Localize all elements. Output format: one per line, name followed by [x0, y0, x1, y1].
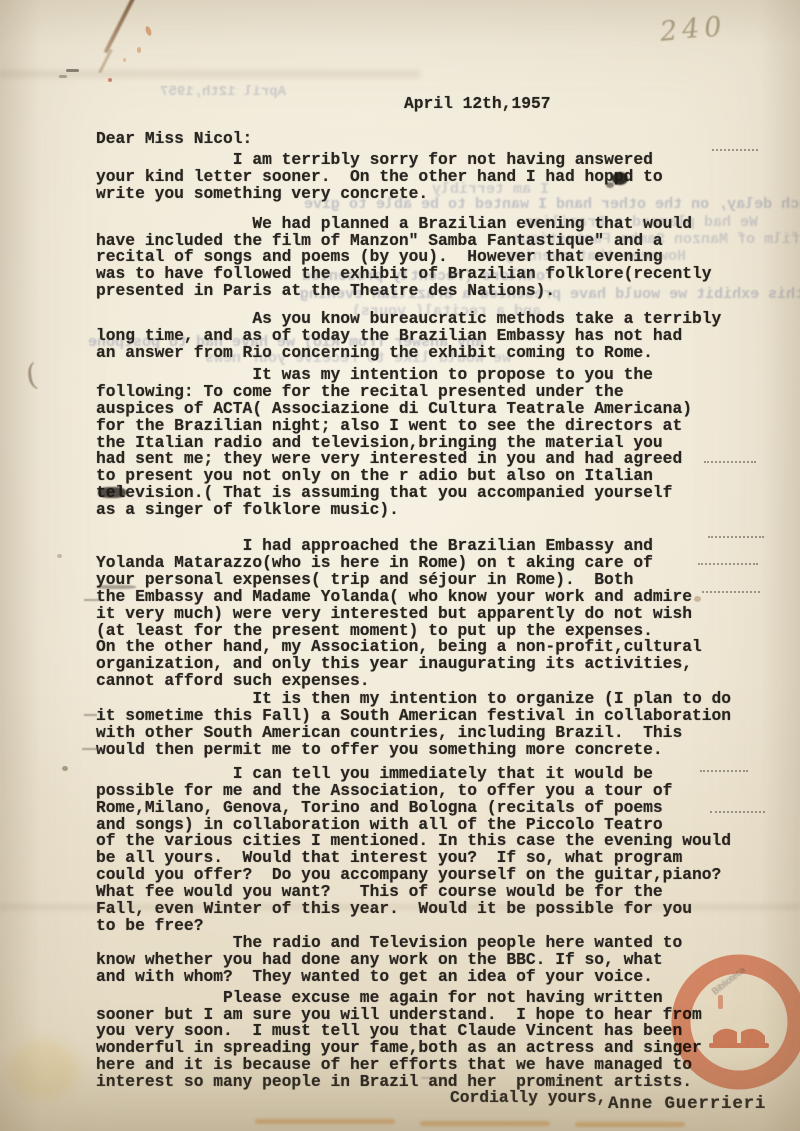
fold-crease — [0, 70, 420, 78]
margin-dots — [702, 591, 760, 593]
letter-page: April 12th,1957 I am terribly with such … — [0, 0, 800, 1131]
signature: Anne Guerrieri — [608, 1094, 766, 1114]
paragraph: As you know bureaucratic methods take a … — [96, 311, 786, 362]
smudge — [575, 1122, 685, 1127]
paragraph: It was my intention to propose to you th… — [96, 367, 786, 519]
pencil-dash — [421, 1077, 447, 1079]
stain — [62, 766, 68, 771]
stain — [108, 78, 112, 82]
margin-dots — [708, 536, 764, 538]
paragraph: I had approached the Brazilian Embassy a… — [96, 538, 786, 690]
stamp: Biblioteca — [663, 947, 800, 1097]
salutation: Dear Miss Nicol: — [96, 131, 786, 148]
stain — [57, 554, 62, 558]
smudge — [420, 1121, 550, 1126]
paragraph: I can tell you immediately that it would… — [96, 766, 786, 935]
bleedthrough-text: April 12th,1957 — [160, 84, 286, 100]
margin-dots — [700, 770, 748, 772]
paragraph: I am terribly sorry for not having answe… — [96, 152, 786, 203]
ink-blot — [612, 172, 628, 185]
margin-mark: ( — [24, 357, 40, 393]
ink-smudge — [96, 585, 136, 589]
pencil-dash — [84, 714, 97, 716]
stain — [66, 69, 79, 72]
letter-date: April 12th,1957 — [404, 94, 551, 113]
closing: Cordially yours, — [450, 1088, 606, 1107]
pencil-dash — [82, 748, 98, 750]
margin-dots — [712, 149, 758, 151]
ink-blot — [606, 182, 614, 188]
smudge — [255, 1119, 395, 1124]
pencil-dash — [84, 599, 100, 601]
stain — [123, 58, 126, 62]
stain — [59, 75, 67, 78]
paragraph: We had planned a Brazilian evening that … — [96, 216, 786, 301]
paragraph: It is then my intention to organize (I p… — [96, 691, 786, 759]
stain — [8, 1040, 78, 1100]
stain — [144, 25, 152, 36]
stain — [137, 47, 141, 53]
margin-dots — [698, 563, 758, 565]
handwritten-page-number: 240 — [659, 11, 728, 48]
margin-dots — [544, 1079, 598, 1081]
ink-blot — [98, 487, 126, 498]
stamp-inner-disc — [691, 974, 787, 1070]
margin-dots — [710, 811, 765, 813]
margin-dots — [704, 461, 756, 463]
stain — [104, 0, 137, 53]
